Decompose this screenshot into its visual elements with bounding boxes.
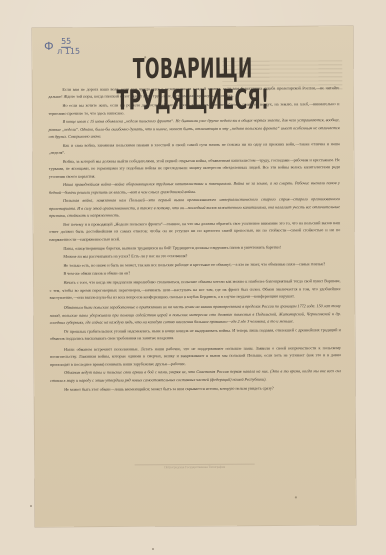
paragraph: Можем-ли мы рассчитывать на успех? Есть-… [49, 251, 340, 260]
paragraph: От прошлых грабительских утопий надсмеял… [50, 326, 341, 343]
mount-speck [152, 548, 154, 550]
paper-speck [144, 56, 146, 58]
printer-imprint: Петроградская Государственная Типография [135, 464, 255, 470]
paragraph: Как и сама война, затеянная польскими па… [49, 140, 340, 157]
paragraph: Нагли обманом встречают пополненные. Лет… [50, 344, 341, 368]
paragraph-emphasis: Польская война, навязанная нам Польшей—э… [49, 196, 340, 220]
paragraph: В чем-же обман панов и обман-ли он? [49, 269, 340, 278]
paragraph: Не может быть этот обман—лишь ваемеющийс… [50, 384, 341, 393]
paragraph: Но если вы хотите жить, если вы решили д… [48, 100, 339, 117]
paragraph: Не только есть, но иначе и быть не может… [49, 260, 340, 269]
paragraph-emphasis: В конце июля с 15 июня объявлена „неделя… [49, 116, 340, 140]
leaflet-body: Если вам не дорога ваша воля, если вам ч… [48, 84, 341, 394]
paragraph: Война, за которой мы должны выйти победи… [49, 156, 340, 180]
paragraph-emphasis: Обманным были польские заработанные о пр… [50, 303, 341, 327]
paragraph: Начать с того, что когда им предлагали м… [50, 277, 341, 301]
mount-speck [30, 505, 32, 507]
paragraph: Вот почему и в проводящей „Недели польск… [49, 219, 340, 243]
paper-speck [295, 496, 297, 498]
paragraph: Паны, олицетворяющие баретки, вызвали тр… [49, 243, 340, 252]
paragraph-emphasis: Наша праведнейшая война—война обороняющи… [49, 179, 340, 196]
paragraph-emphasis: Обманом ведут паны и польские свои армии… [50, 368, 341, 385]
archive-fund-symbol: Ф [44, 41, 54, 52]
paragraph: Если вам не дорога ваша воля, если вам ч… [48, 84, 339, 101]
leaflet-sheet: Ф 55 л 115 ТОВАРИЩИ ТРУДЯЩИЕСЯ! Если вам… [32, 26, 356, 527]
